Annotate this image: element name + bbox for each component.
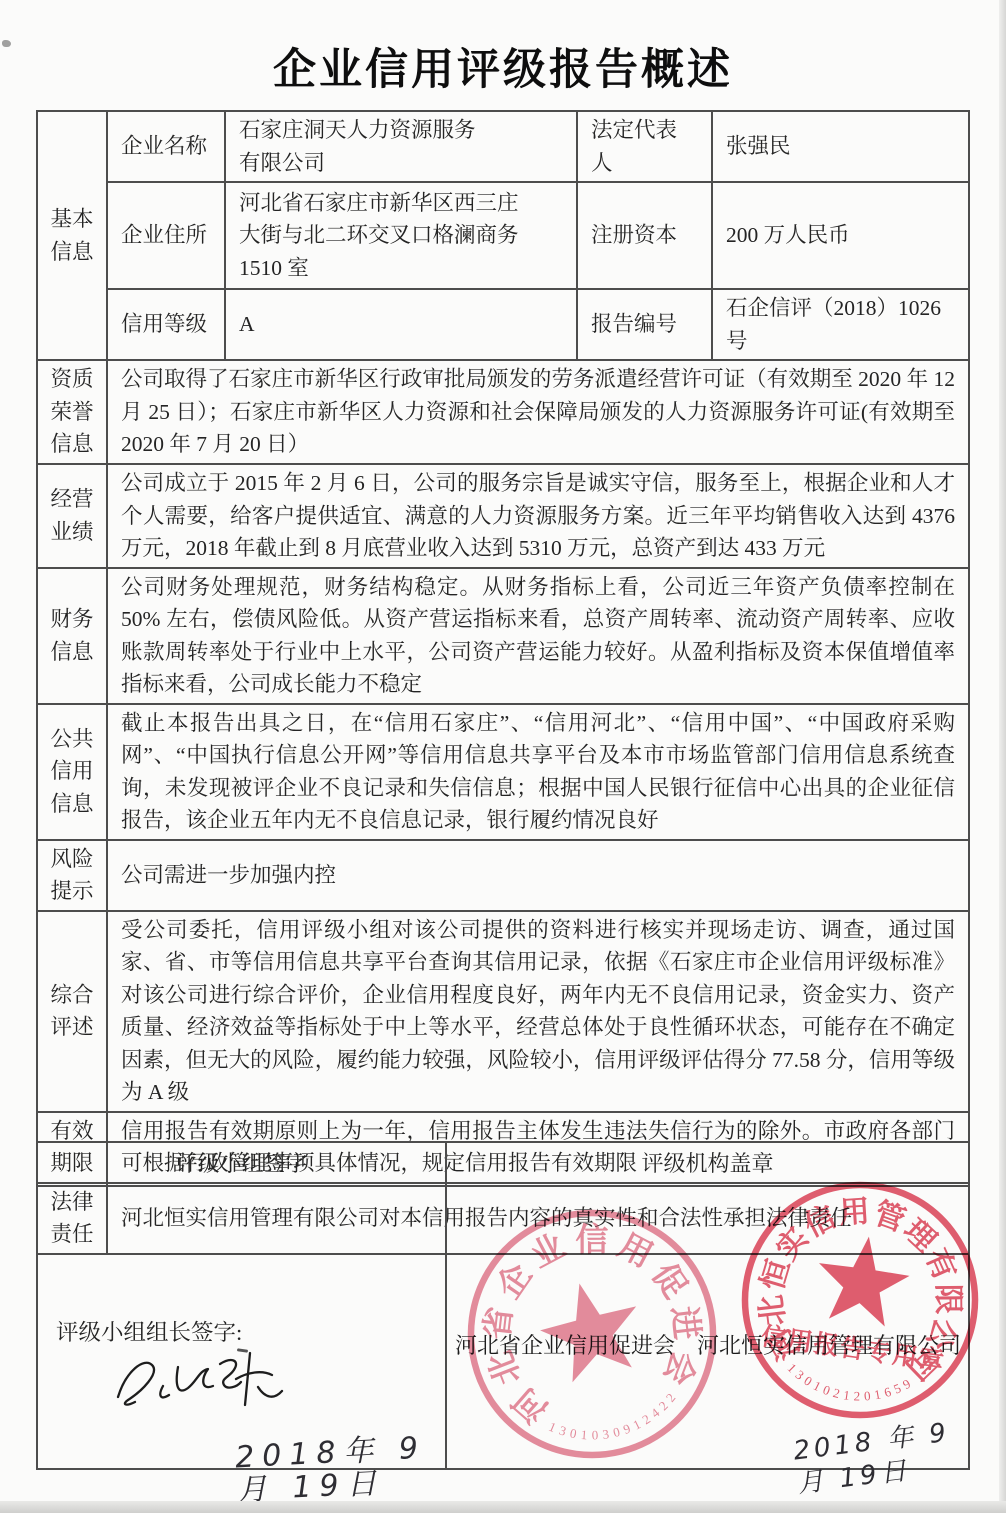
report-summary-table: 基本信息 企业名称 石家庄洞天人力资源服务 有限公司 法定代表人 张强民 企业住… [36, 110, 970, 1255]
svg-text:6: 6 [882, 1384, 893, 1400]
svg-text:2: 2 [832, 1385, 842, 1401]
field-company-name-value: 石家庄洞天人力资源服务 有限公司 [225, 111, 577, 182]
scan-artifact-right-edge [999, 0, 1006, 1513]
svg-text:3: 3 [602, 1426, 610, 1442]
field-company-address-value: 河北省石家庄市新华区西三庄 大街与北二环交叉口格澜商务 1510 室 [225, 182, 577, 289]
section-label-business-performance: 经营业绩 [37, 464, 107, 568]
svg-text:0: 0 [591, 1427, 598, 1442]
section-label-overall-review: 综合评述 [37, 911, 107, 1112]
team-signature-date: 2018年 9月 19日 [234, 1432, 446, 1508]
svg-text:进: 进 [665, 1304, 706, 1341]
scan-artifact-speck [2, 40, 11, 47]
svg-text:1: 1 [842, 1387, 851, 1403]
leader-handwritten-signature [108, 1345, 293, 1425]
svg-text:2: 2 [663, 1390, 679, 1404]
agency-stamp-date: 2018 年 9 月 19日 [792, 1415, 972, 1501]
field-company-name-label: 企业名称 [107, 111, 225, 182]
field-registered-capital-label: 注册资本 [577, 182, 712, 289]
section-label-risk-warning: 风险提示 [37, 840, 107, 911]
section-text-overall-review: 受公司委托，信用评级小组对该公司提供的资料进行核实并现场走访、调查，通过国家、省… [107, 911, 969, 1112]
scanned-credit-report-page: { "page": { "title": "企业信用评级报告概述" }, "ba… [0, 0, 1006, 1513]
field-credit-grade-label: 信用等级 [107, 289, 225, 360]
svg-text:用: 用 [612, 1227, 658, 1275]
svg-text:省: 省 [479, 1305, 520, 1342]
svg-text:1: 1 [873, 1386, 882, 1402]
section-label-qualifications: 资质荣誉信息 [37, 360, 107, 464]
signoff-table: 评级小组签字 评级机构盖章 评级小组组长签字: 2018年 9月 19日 河北省… [36, 1141, 970, 1470]
svg-text:2: 2 [853, 1388, 860, 1403]
field-report-number-value: 石企信评（2018）1026 号 [712, 289, 969, 360]
svg-text:限: 限 [931, 1284, 965, 1315]
svg-text:0: 0 [863, 1388, 871, 1403]
svg-text:0: 0 [611, 1424, 621, 1440]
svg-text:3: 3 [557, 1423, 568, 1439]
hebei-province-enterprise-credit-promotion-association-seal: 河北省企业信用促进会1301030912422 [460, 1202, 724, 1466]
hebei-hengshi-credit-management-company-seal: 河北恒实信用管理有限公司1301021201659信用报告专用章 [734, 1174, 986, 1426]
section-text-risk-warning: 公司需进一步加强内控 [107, 840, 969, 911]
svg-text:北: 北 [754, 1293, 791, 1327]
field-company-address-label: 企业住所 [107, 182, 225, 289]
section-label-basic-info: 基本信息 [37, 111, 107, 360]
section-text-qualifications: 公司取得了石家庄市新华区行政审批局颁发的劳务派遣经营许可证（有效期至 2020 … [107, 360, 969, 464]
svg-text:1: 1 [547, 1419, 559, 1435]
svg-text:9: 9 [900, 1376, 913, 1392]
svg-text:9: 9 [621, 1421, 632, 1437]
section-text-business-performance: 公司成立于 2015 年 2 月 6 日，公司的服务宗旨是诚实守信，服务至上，根… [107, 464, 969, 568]
svg-text:促: 促 [644, 1257, 693, 1305]
svg-text:企: 企 [490, 1257, 539, 1305]
section-text-public-credit-info: 截止本报告出具之日，在“信用石家庄”、“信用河北”、“信用中国”、“中国政府采购… [107, 704, 969, 840]
section-label-financial-info: 财务信息 [37, 568, 107, 704]
svg-text:用: 用 [838, 1194, 871, 1230]
section-text-financial-info: 公司财务处理规范，财务结构稳定。从财务指标上看，公司近三年资产负债率控制在 50… [107, 568, 969, 704]
svg-text:信: 信 [575, 1221, 608, 1259]
field-legal-representative-value: 张强民 [712, 111, 969, 182]
svg-text:会: 会 [656, 1345, 702, 1389]
rating-agency-stamp-cell: 河北省企业信用促进会 河北恒实信用管理有限公司 河北省企业信用促进会130103… [446, 1186, 969, 1469]
field-legal-representative-label: 法定代表人 [577, 111, 712, 182]
svg-text:北: 北 [483, 1346, 529, 1390]
section-label-public-credit-info: 公共信用信息 [37, 704, 107, 840]
svg-text:0: 0 [569, 1425, 578, 1441]
field-credit-grade-value: A [225, 289, 577, 360]
svg-text:0: 0 [821, 1382, 832, 1398]
field-report-number-label: 报告编号 [577, 289, 712, 360]
rating-team-signature-header: 评级小组签字 [37, 1142, 446, 1186]
svg-text:业: 业 [525, 1228, 571, 1275]
page-title: 企业信用评级报告概述 [0, 36, 1006, 97]
scan-artifact-bottom-edge [0, 1501, 1006, 1513]
field-registered-capital-value: 200 万人民币 [712, 182, 969, 289]
rating-team-signature-cell: 评级小组组长签字: 2018年 9月 19日 [37, 1186, 446, 1469]
svg-text:1: 1 [580, 1427, 588, 1442]
